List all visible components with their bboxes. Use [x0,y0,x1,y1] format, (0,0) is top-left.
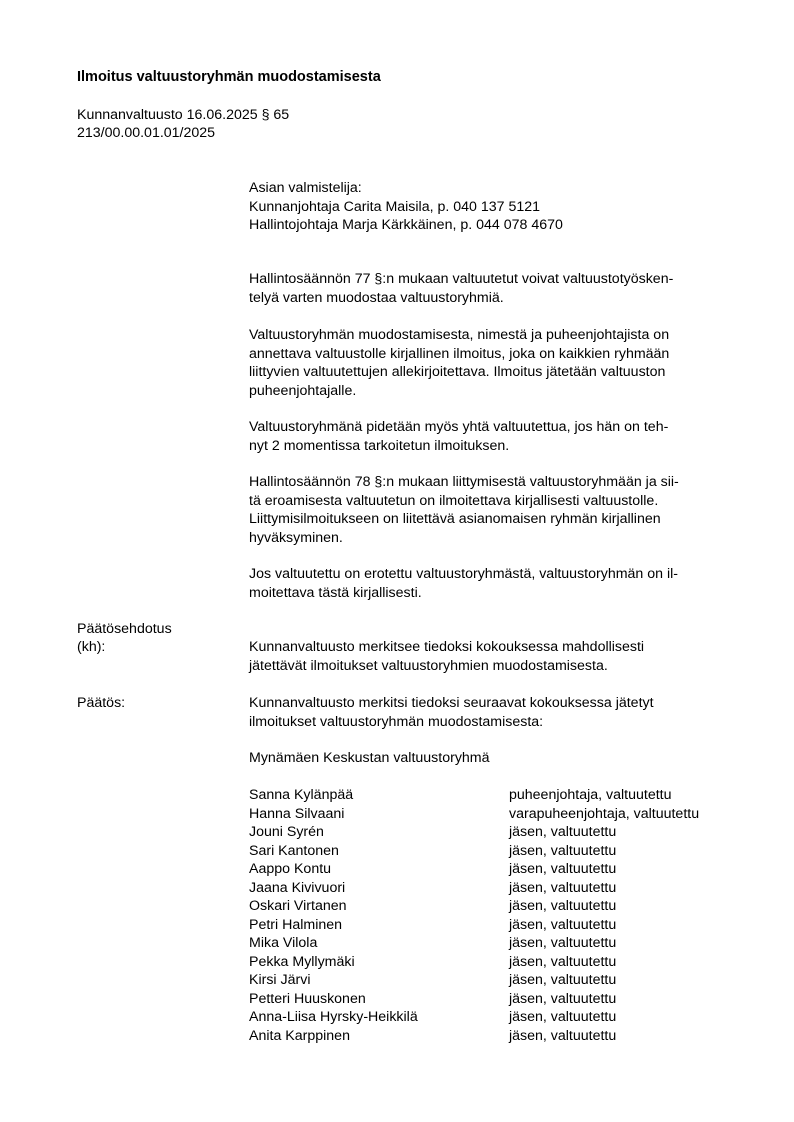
text-line: Hallintosäännön 77 §:n mukaan valtuutetu… [249,270,673,289]
member-role: puheenjohtaja, valtuutettu [509,786,672,805]
text-line: Valtuustoryhmän muodostamisesta, nimestä… [249,326,669,345]
text-line: puheenjohtajalle. [249,382,669,401]
member-row: Pekka Myllymäkijäsen, valtuutettu [249,953,749,972]
member-role: jäsen, valtuutettu [509,842,616,861]
member-name: Oskari Virtanen [249,897,347,916]
member-name: Hanna Silvaani [249,805,344,824]
text-line: hyväksyminen. [249,529,679,548]
member-name: Pekka Myllymäki [249,953,355,972]
member-name: Anna-Liisa Hyrsky-Heikkilä [249,1008,418,1027]
member-name: Petteri Huuskonen [249,990,366,1009]
member-role: jäsen, valtuutettu [509,953,616,972]
text-line: nyt 2 momentissa tarkoitetun ilmoituksen… [249,437,668,456]
text-line: liittyvien valtuutettujen allekirjoitett… [249,363,669,382]
member-row: Jouni Syrénjäsen, valtuutettu [249,823,749,842]
text-line: Kunnanvaltuusto merkitsi tiedoksi seuraa… [249,694,654,713]
member-row: Kirsi Järvijäsen, valtuutettu [249,971,749,990]
member-role: jäsen, valtuutettu [509,1027,616,1046]
member-row: Oskari Virtanenjäsen, valtuutettu [249,897,749,916]
member-name: Anita Karppinen [249,1027,350,1046]
text-line: Hallintosäännön 78 §:n mukaan liittymise… [249,473,679,492]
member-row: Petteri Huuskonenjäsen, valtuutettu [249,990,749,1009]
member-role: jäsen, valtuutettu [509,897,616,916]
text-line: ilmoitukset valtuustoryhmän muodostamise… [249,713,654,732]
member-role: jäsen, valtuutettu [509,971,616,990]
member-row: Mika Vilolajäsen, valtuutettu [249,934,749,953]
record-number: 213/00.00.01.01/2025 [77,124,215,143]
paragraph-5: Jos valtuutettu on erotettu valtuustoryh… [249,565,678,602]
member-name: Sari Kantonen [249,842,339,861]
proposal-label-sub: (kh): [77,638,105,657]
member-name: Mika Vilola [249,934,317,953]
member-name: Aappo Kontu [249,860,331,879]
document-title: Ilmoitus valtuustoryhmän muodostamisesta [77,68,381,87]
preparers-heading: Asian valmistelija: [249,179,563,198]
paragraph-4: Hallintosäännön 78 §:n mukaan liittymise… [249,473,679,547]
member-role: jäsen, valtuutettu [509,916,616,935]
member-role: jäsen, valtuutettu [509,823,616,842]
member-name: Jouni Syrén [249,823,324,842]
member-row: Aappo Kontujäsen, valtuutettu [249,860,749,879]
text-line: telyä varten muodostaa valtuustoryhmiä. [249,289,673,308]
preparer-line: Hallintojohtaja Marja Kärkkäinen, p. 044… [249,216,563,235]
preparers-block: Asian valmistelija: Kunnanjohtaja Carita… [249,179,563,235]
member-row: Petri Halminenjäsen, valtuutettu [249,916,749,935]
member-name: Petri Halminen [249,916,342,935]
member-name: Sanna Kylänpää [249,786,353,805]
member-row: Hanna Silvaanivarapuheenjohtaja, valtuut… [249,805,749,824]
text-line: Jos valtuutettu on erotettu valtuustoryh… [249,565,678,584]
member-role: jäsen, valtuutettu [509,860,616,879]
proposal-label: Päätösehdotus [77,620,172,639]
paragraph-1: Hallintosäännön 77 §:n mukaan valtuutetu… [249,270,673,307]
text-line: jätettävät ilmoitukset valtuustoryhmien … [249,657,644,676]
text-line: Liittymisilmoitukseen on liitettävä asia… [249,510,679,529]
decision-label: Päätös: [77,694,125,713]
member-role: varapuheenjohtaja, valtuutettu [509,805,699,824]
decision-text: Kunnanvaltuusto merkitsi tiedoksi seuraa… [249,694,654,731]
member-role: jäsen, valtuutettu [509,1008,616,1027]
preparer-line: Kunnanjohtaja Carita Maisila, p. 040 137… [249,198,563,217]
member-row: Anita Karppinenjäsen, valtuutettu [249,1027,749,1046]
member-row: Sanna Kylänpääpuheenjohtaja, valtuutettu [249,786,749,805]
member-role: jäsen, valtuutettu [509,990,616,1009]
text-line: annettava valtuustolle kirjallinen ilmoi… [249,345,669,364]
member-role: jäsen, valtuutettu [509,879,616,898]
text-line: Valtuustoryhmänä pidetään myös yhtä valt… [249,418,668,437]
member-row: Jaana Kivivuorijäsen, valtuutettu [249,879,749,898]
text-line: Kunnanvaltuusto merkitsee tiedoksi kokou… [249,638,644,657]
member-row: Sari Kantonenjäsen, valtuutettu [249,842,749,861]
member-name: Kirsi Järvi [249,971,310,990]
paragraph-3: Valtuustoryhmänä pidetään myös yhtä valt… [249,418,668,455]
text-line: tä eroamisesta valtuutetun on ilmoitetta… [249,492,679,511]
member-role: jäsen, valtuutettu [509,934,616,953]
text-line: moitettava tästä kirjallisesti. [249,584,678,603]
paragraph-2: Valtuustoryhmän muodostamisesta, nimestä… [249,326,669,400]
group-name: Mynämäen Keskustan valtuustoryhmä [249,749,490,768]
proposal-text: Kunnanvaltuusto merkitsee tiedoksi kokou… [249,638,644,675]
member-name: Jaana Kivivuori [249,879,345,898]
meeting-reference: Kunnanvaltuusto 16.06.2025 § 65 [77,106,289,125]
member-row: Anna-Liisa Hyrsky-Heikkiläjäsen, valtuut… [249,1008,749,1027]
